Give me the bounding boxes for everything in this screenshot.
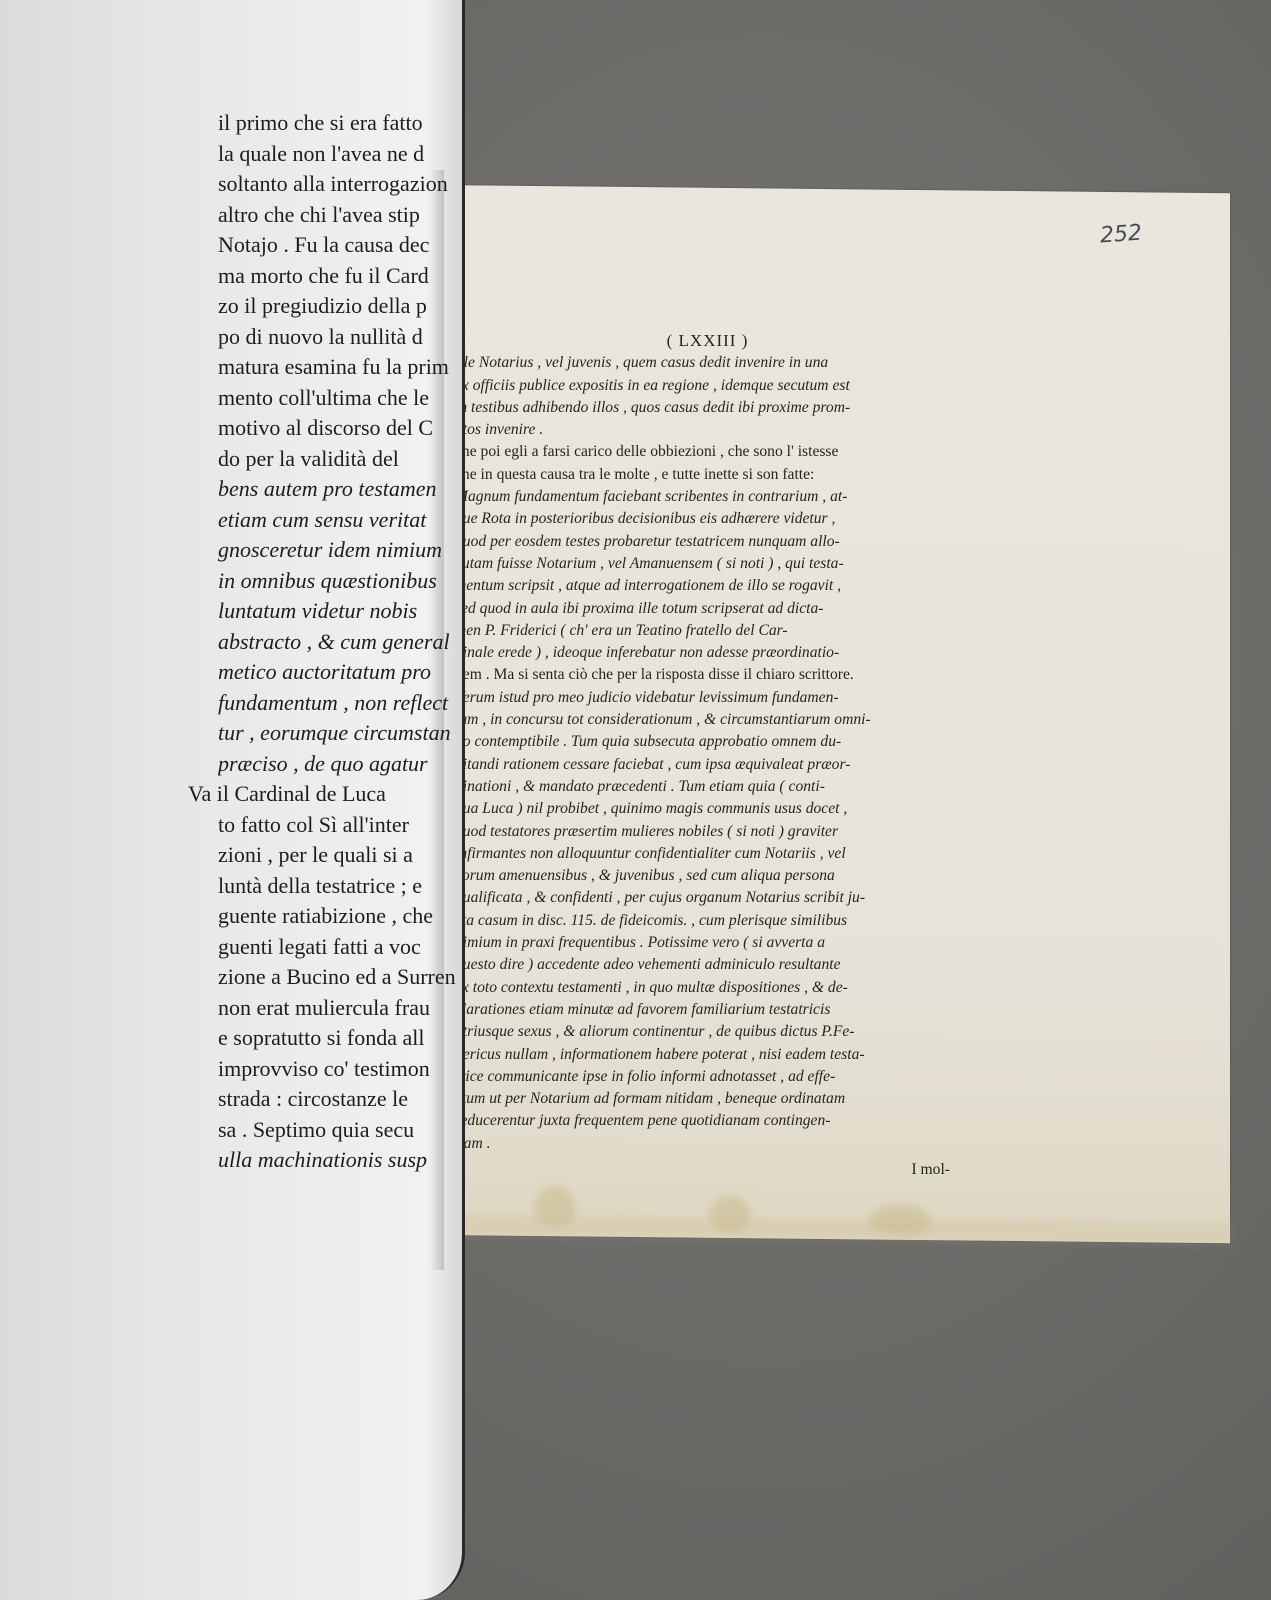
text-line: sa . Septimo quia secu <box>218 1115 468 1146</box>
left-page-lines: il primo che si era fattola quale non l'… <box>218 108 468 1176</box>
right-page-lines: ille Notarius , vel juvenis , quem casus… <box>455 352 960 1155</box>
text-line: gnosceretur idem nimium <box>218 535 468 566</box>
text-line: luntatum videtur nobis <box>218 596 468 627</box>
text-line: bitandi rationem cessare faciebat , cum … <box>455 754 960 776</box>
text-line: e sopratutto si fonda all <box>218 1023 468 1054</box>
text-line: in testibus adhibendo illos , quos casus… <box>455 397 960 419</box>
text-line: ptos invenire . <box>455 419 960 441</box>
text-line: ille Notarius , vel juvenis , quem casus… <box>455 352 960 374</box>
text-line: Notajo . Fu la causa dec <box>218 230 468 261</box>
text-line: il primo che si era fatto <box>218 108 468 139</box>
text-line: clarationes etiam minutæ ad favorem fami… <box>455 999 960 1021</box>
text-line: zione a Bucino ed a Surren <box>218 962 468 993</box>
text-line: ulla machinationis susp <box>218 1145 468 1176</box>
text-line: trice communicante ipse in folio informi… <box>455 1066 960 1088</box>
text-line: men P. Friderici ( ch' era un Teatino fr… <box>455 620 960 642</box>
catchword: I mol- <box>455 1159 960 1181</box>
text-line: reducerentur juxta frequentem pene quoti… <box>455 1110 960 1132</box>
text-line: præciso , de quo agatur <box>218 749 468 780</box>
text-line: abstracto , & cum general <box>218 627 468 658</box>
text-line: soltanto alla interrogazion <box>218 169 468 200</box>
text-line: matura esamina fu la prim <box>218 352 468 383</box>
page-header: ( LXXIII ) <box>455 330 960 352</box>
text-line: que Rota in posterioribus decisionibus e… <box>455 508 960 530</box>
text-line: motivo al discorso del C <box>218 413 468 444</box>
text-line: zo il pregiudizio della p <box>218 291 468 322</box>
text-line: qualificata , & confidenti , per cujus o… <box>455 887 960 909</box>
text-line: strada : circostanze le <box>218 1084 468 1115</box>
text-line: dinale erede ) , ideoque inferebatur non… <box>455 642 960 664</box>
text-line: la quale non l'avea ne d <box>218 139 468 170</box>
text-line: cutam fuisse Notarium , vel Amanuensem (… <box>455 553 960 575</box>
text-line: po di nuovo la nullità d <box>218 322 468 353</box>
text-line: luntà della testatrice ; e <box>218 871 468 902</box>
text-line: nimium in praxi frequentibus . Potissime… <box>455 932 960 954</box>
right-page-text: ( LXXIII ) ille Notarius , vel juvenis ,… <box>455 330 960 1181</box>
text-line: improvviso co' testimon <box>218 1054 468 1085</box>
text-line: altro che chi l'avea stip <box>218 200 468 231</box>
text-line: guenti legati fatti a voc <box>218 932 468 963</box>
text-line: non erat muliercula frau <box>218 993 468 1024</box>
left-page-text: il primo che si era fattola quale non l'… <box>218 108 468 1176</box>
text-line: zioni , per le quali si a <box>218 840 468 871</box>
text-line: nua Luca ) nil probibet , quinimo magis … <box>455 798 960 820</box>
text-line: fundamentum , non reflect <box>218 688 468 719</box>
text-line: eorum amenuensibus , & juvenibus , sed c… <box>455 865 960 887</box>
text-line: xta casum in disc. 115. de fideicomis. ,… <box>455 910 960 932</box>
text-line: ex toto contextu testamenti , in quo mul… <box>455 977 960 999</box>
text-line: to fatto col Sì all'inter <box>218 810 468 841</box>
text-line: quod per eosdem testes probaretur testat… <box>455 531 960 553</box>
text-line: mento coll'ultima che le <box>218 383 468 414</box>
text-line: no contemptibile . Tum quia subsecuta ap… <box>455 731 960 753</box>
text-line: ctum ut per Notarium ad formam nitidam ,… <box>455 1088 960 1110</box>
text-line: Magnum fundamentum faciebant scribentes … <box>455 486 960 508</box>
handwritten-folio-number: 252 <box>1099 221 1143 249</box>
text-line: do per la validità del <box>218 444 468 475</box>
text-line: questo dire ) accedente adeo vehementi a… <box>455 954 960 976</box>
text-line: che in questa causa tra le molte , e tut… <box>455 464 960 486</box>
text-line: sed quod in aula ibi proxima ille totum … <box>455 598 960 620</box>
text-line: dinationi , & mandato præcedenti . Tum e… <box>455 776 960 798</box>
text-line: ma morto che fu il Card <box>218 261 468 292</box>
text-line: quod testatores præsertim mulieres nobil… <box>455 821 960 843</box>
text-line: ene poi egli a farsi carico delle obbiez… <box>455 441 960 463</box>
text-line: etiam cum sensu veritat <box>218 505 468 536</box>
text-line: guente ratiabizione , che <box>218 901 468 932</box>
text-line: utriusque sexus , & aliorum continentur … <box>455 1021 960 1043</box>
text-line: ex officiis publice expositis in ea regi… <box>455 375 960 397</box>
text-line: Va il Cardinal de Luca <box>188 779 468 810</box>
text-line: bens autem pro testamen <box>218 474 468 505</box>
text-line: infirmantes non alloquuntur confidential… <box>455 843 960 865</box>
text-line: tur , eorumque circumstan <box>218 718 468 749</box>
text-line: nem . Ma si senta ciò che per la rispost… <box>455 664 960 686</box>
text-line: mentum scripsit , atque ad interrogation… <box>455 575 960 597</box>
text-line: Verum istud pro meo judicio videbatur le… <box>455 687 960 709</box>
text-line: metico auctoritatum pro <box>218 657 468 688</box>
text-line: tiam . <box>455 1133 960 1155</box>
text-line: in omnibus quæstionibus <box>218 566 468 597</box>
text-line: dericus nullam , informationem habere po… <box>455 1044 960 1066</box>
text-line: tum , in concursu tot considerationum , … <box>455 709 960 731</box>
